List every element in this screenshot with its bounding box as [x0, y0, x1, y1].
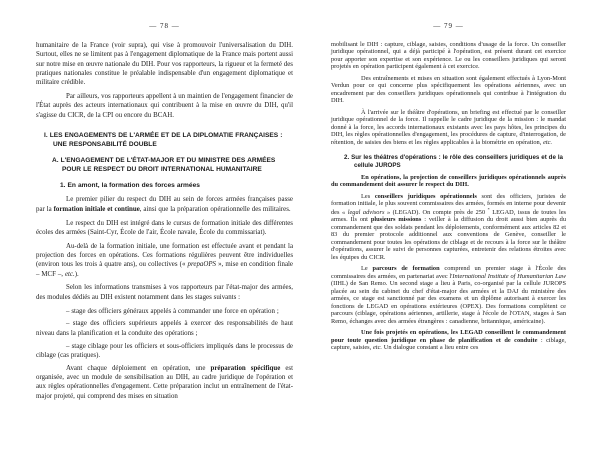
paragraph: Une fois projetés en opérations, les LEG…: [331, 329, 566, 351]
text-run: Le: [361, 265, 372, 272]
paragraph: Les conseillers juridiques opérationnels…: [331, 193, 566, 261]
page-79: — 79 — mobilisant le DIH : capture, cibl…: [331, 22, 566, 356]
text-run: À l'arrivée sur le théâtre d'opérations,…: [331, 109, 566, 146]
text-run: A. L'ENGAGEMENT DE L'ÉTAT-MAJOR ET DU MI…: [52, 157, 275, 173]
text-run: formation initiale et continue: [54, 206, 140, 213]
list-item: – stage des officiers généraux appelés à…: [36, 307, 293, 316]
text-run: Le respect du DIH est intégré dans le cu…: [36, 220, 293, 236]
paragraph: mobilisant le DIH : capture, ciblage, sa…: [331, 41, 566, 71]
paragraph: En opérations, la projection de conseill…: [331, 174, 566, 189]
text-run: préparation spécifique: [211, 365, 281, 372]
list-item: – stage des officiers supérieurs appelés…: [36, 319, 293, 338]
heading: 1. En amont, la formation des forces arm…: [36, 182, 293, 191]
text-run: Les: [361, 193, 375, 200]
text-run: parcours de formation: [372, 265, 439, 272]
text-run: – stage des officiers supérieurs appelés…: [36, 320, 293, 336]
text-run: » (LEGAD). On compte près de 250: [384, 209, 487, 216]
page-78: — 78 — humanitaire de la France (voir su…: [36, 22, 293, 405]
paragraph: Selon les informations transmises à vos …: [36, 283, 293, 302]
paragraph: À l'arrivée sur le théâtre d'opérations,…: [331, 109, 566, 146]
text-run: 1. En amont, la formation des forces arm…: [60, 182, 200, 189]
document-scan: { "document": { "pages": [ { "id": "page…: [0, 0, 600, 449]
paragraph: Au-delà de la formation initiale, une fo…: [36, 242, 293, 279]
heading: A. L'ENGAGEMENT DE L'ÉTAT-MAJOR ET DU MI…: [36, 157, 293, 175]
text-run: Des entraînements et mises en situation …: [331, 75, 566, 104]
text-run: – stage ciblage pour les officiers et so…: [36, 343, 293, 359]
page-number: — 78 —: [36, 22, 293, 30]
text-run: , ainsi que la préparation opérationnell…: [140, 206, 291, 213]
text-run: En opérations, la projection de conseill…: [331, 174, 566, 188]
text-run: : veiller à la diffusion du droit aussi …: [331, 216, 566, 260]
heading: 2. Sur les théâtres d'opérations : le rô…: [331, 154, 566, 169]
page-78-content: humanitaire de la France (voir supra), q…: [36, 41, 293, 401]
paragraph: Le respect du DIH est intégré dans le cu…: [36, 219, 293, 238]
text-run: Une fois projetés en opérations, les LEG…: [331, 329, 566, 343]
text-run: etc.: [65, 271, 75, 278]
text-run: prepaOPS: [188, 261, 216, 268]
paragraph: Avant chaque déploiement en opération, u…: [36, 364, 293, 401]
list-item: – stage ciblage pour les officiers et so…: [36, 342, 293, 361]
paragraph: humanitaire de la France (voir supra), q…: [36, 41, 293, 88]
heading: I. LES ENGAGEMENTS DE L'ARMÉE ET DE LA D…: [36, 132, 293, 150]
text-run: etc.: [373, 344, 382, 351]
page-79-content: mobilisant le DIH : capture, ciblage, sa…: [331, 41, 566, 352]
paragraph: Le premier pilier du respect du DIH au s…: [36, 195, 293, 214]
paragraph: Des entraînements et mises en situation …: [331, 75, 566, 105]
text-run: I. LES ENGAGEMENTS DE L'ARMÉE ET DE LA D…: [44, 132, 282, 148]
text-run: ).: [75, 271, 79, 278]
text-run: conseillers juridiques opérationnels: [375, 193, 477, 200]
text-run: Un dialogue constant a lieu entre ces: [382, 344, 478, 351]
text-run: etc.: [543, 139, 552, 146]
page-number: — 79 —: [331, 22, 566, 30]
paragraph: Par ailleurs, vos rapporteurs appellent …: [36, 92, 293, 120]
text-run: International Institute of Humanitarian …: [452, 273, 566, 280]
text-run: plusieurs missions: [371, 216, 421, 223]
text-run: humanitaire de la France (voir supra), q…: [36, 42, 293, 86]
text-run: Avant chaque déploiement en opération, u…: [66, 365, 211, 372]
text-run: – stage des officiers généraux appelés à…: [66, 308, 279, 315]
text-run: legal advisors: [348, 209, 385, 216]
paragraph: Le parcours de formation comprend un pre…: [331, 265, 566, 325]
text-run: (IIHL) de San Remo. Un second stage a li…: [331, 280, 566, 324]
text-run: Par ailleurs, vos rapporteurs appellent …: [36, 93, 293, 119]
text-run: 2. Sur les théâtres d'opérations : le rô…: [344, 154, 563, 168]
text-run: mobilisant le DIH : capture, ciblage, sa…: [331, 41, 566, 70]
text-run: Selon les informations transmises à vos …: [36, 284, 293, 300]
